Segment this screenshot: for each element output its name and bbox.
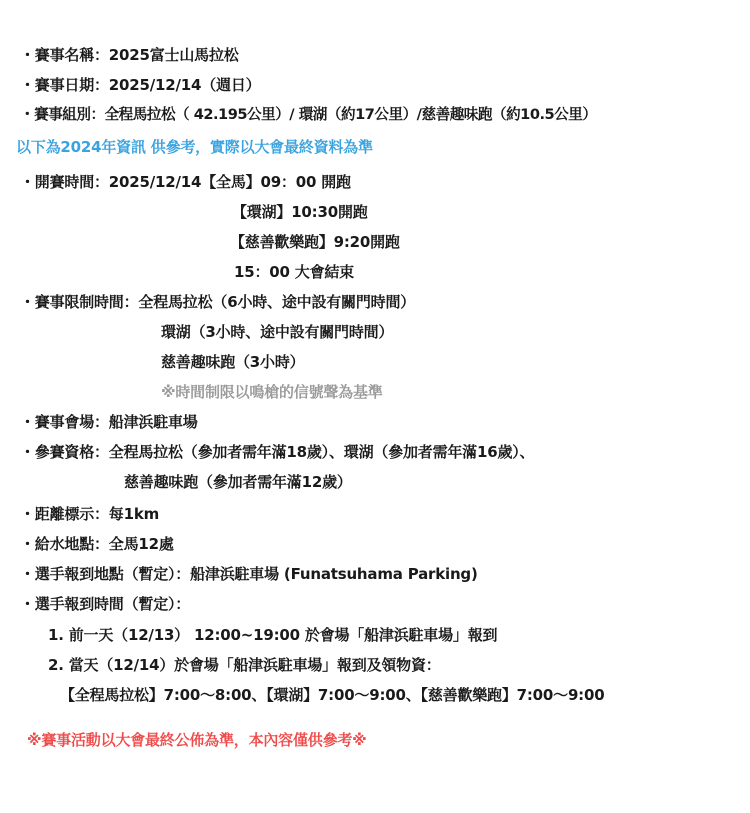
event-date: ・賽事日期：2025/12/14（週日）: [20, 75, 260, 95]
event-categories: ・賽事組別：全程馬拉松（ 42.195公里）/ 環湖（約17公里）/慈善趣味跑（…: [20, 105, 596, 125]
checkin-item-1: 1. 前一天（12/13） 12:00~19:00 於會場「船津浜駐車場」報到: [48, 625, 497, 645]
start-time: ・開賽時間：2025/12/14【全馬】09：00 開跑: [20, 172, 351, 192]
eligibility: ・參賽資格：全程馬拉松（參加者需年滿18歲）、環湖（參加者需年滿16歲）、: [20, 442, 534, 462]
notice-2024-info: 以下為2024年資訊 供參考，實際以大會最終資料為準: [16, 137, 373, 157]
checkin-time: ・選手報到時間（暫定）：: [20, 594, 190, 614]
checkin-location: ・選手報到地點（暫定）：船津浜駐車場 (Funatsuhama Parking): [20, 564, 478, 584]
time-limit-charity: 慈善趣味跑（3小時）: [161, 352, 304, 372]
water-stations: ・給水地點：全馬12處: [20, 534, 174, 554]
venue: ・賽事會場：船津浜駐車場: [20, 412, 198, 432]
time-limit: ・賽事限制時間：全程馬拉松（6小時、途中設有關門時間）: [20, 292, 415, 312]
checkin-item-2-times: 【全程馬拉松】7:00～8:00、【環湖】7:00～9:00、【慈善歡樂跑】7:…: [60, 685, 604, 705]
start-time-charity: 【慈善歡樂跑】9:20開跑: [230, 232, 400, 252]
start-time-end: 15：00 大會結束: [234, 262, 354, 282]
disclaimer: ※賽事活動以大會最終公佈為準，本內容僅供參考※: [27, 730, 367, 750]
eligibility-charity: 慈善趣味跑（參加者需年滿12歲）: [124, 472, 352, 492]
time-limit-note: ※時間制限以鳴槍的信號聲為基準: [161, 382, 383, 402]
start-time-lake: 【環湖】10:30開跑: [232, 202, 368, 222]
time-limit-lake: 環湖（3小時、途中設有關門時間）: [161, 322, 393, 342]
event-name: ・賽事名稱：2025富士山馬拉松: [20, 45, 239, 65]
distance-markers: ・距離標示：每1km: [20, 504, 159, 524]
checkin-item-2: 2. 當天（12/14）於會場「船津浜駐車場」報到及領物資：: [48, 655, 441, 675]
